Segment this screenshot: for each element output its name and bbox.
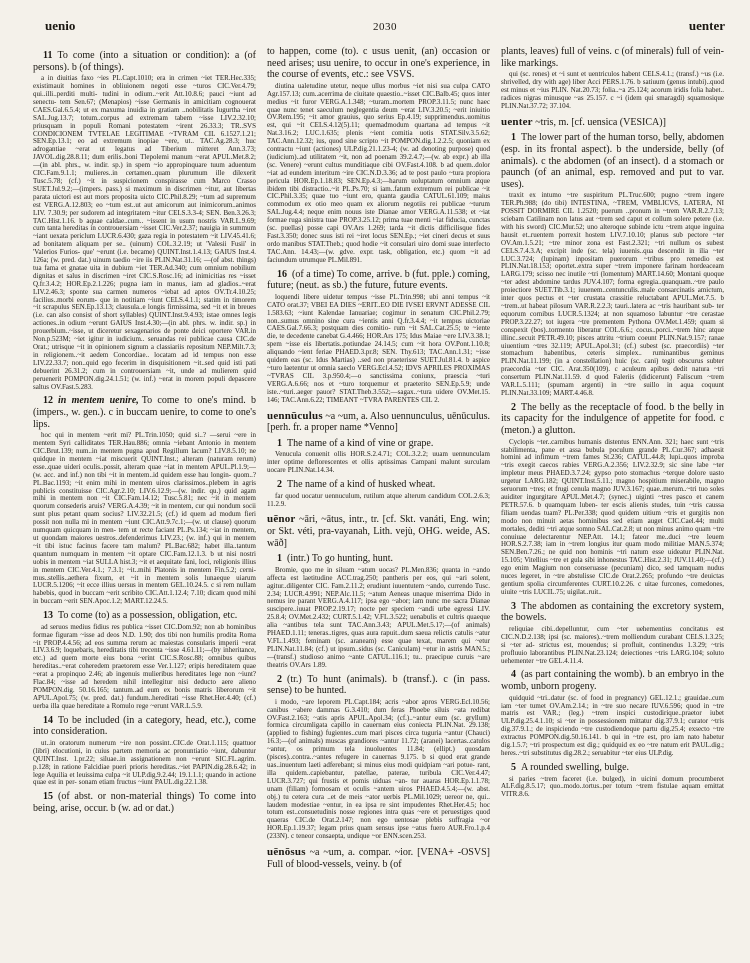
sense-definition: To be included (in a category, head, etc… xyxy=(33,715,256,738)
dictionary-page: uenio 2030 uenter 11To come (into a situ… xyxy=(0,0,750,963)
sense-number: 2 xyxy=(277,674,282,685)
sense-definition: To come (into a situation or condition):… xyxy=(33,50,256,73)
entry-headword: uēnōsus xyxy=(267,846,306,858)
uennuculus-sense-2-heading: 2The name of a kind of husked wheat. xyxy=(267,479,490,491)
sense-number: 2 xyxy=(511,402,516,413)
uenor-sense-2-citations: i modo, ~are leporem PL.Capt.184; acris … xyxy=(267,699,490,841)
uenter-sense-5-heading: 5A rounded swelling, bulge. xyxy=(501,762,724,774)
sense-15-heading: 15(of abst. or non-material things) To c… xyxy=(33,791,256,814)
sense-11-citations: a in diuitias faxo ~ies PL.Capt.1010; er… xyxy=(33,75,256,391)
entry-headword: uennūculus xyxy=(267,410,323,422)
column-left: 11To come (into a situation or condition… xyxy=(33,46,256,954)
sense-definition: To come (to) as a possession, obligation… xyxy=(58,610,237,621)
sense-definition: The lower part of the human torso, belly… xyxy=(501,132,724,189)
sense-14-heading: 14To be included (in a category, head, e… xyxy=(33,715,256,738)
sense-definition: (of a time) To come, arrive. b (fut. ppl… xyxy=(267,269,490,292)
entry-uenosus: uēnōsus ~a ~um, a. compar. ~ior. [VENA+ … xyxy=(267,847,490,870)
page-number: 2030 xyxy=(272,21,499,33)
sense-14-citations: ut..in oratorum numerum ~ire non possint… xyxy=(33,740,256,787)
sense-16-heading: 16(of a time) To come, arrive. b (fut. p… xyxy=(267,269,490,292)
sense-12-citations: hoc qui in mentem ~erit mi? PL.Trin.1050… xyxy=(33,432,256,606)
sense-number: 3 xyxy=(511,601,516,612)
uenter-sense-3-citations: reliquiae cibi..depelluntur, cum ~ter ue… xyxy=(501,626,724,666)
sense-definition: (as part containing the womb). b an embr… xyxy=(501,669,724,692)
uennuculus-sense-2-citations: far quod uocatur uennuculum, rutilum atq… xyxy=(267,493,490,509)
uenter-sense-2-heading: 2The belly as the receptacle of food. b … xyxy=(501,402,724,437)
uenor-sense-1-citations: Bromie, quo me in siluam ~atum uocas? PL… xyxy=(267,567,490,670)
entry-uennuculus: uennūculus ~a ~um, a. Also uennunculus, … xyxy=(267,411,490,434)
text-columns: 11To come (into a situation or condition… xyxy=(33,46,724,954)
sense-number: 14 xyxy=(43,715,53,726)
uenter-sense-3-heading: 3The abdomen as containing the excretory… xyxy=(501,601,724,624)
sense-definition: (tr.) To hunt (animals). b (transf.). c … xyxy=(267,674,490,697)
sense-12-heading: 12in mentem uenire,To come to one's mind… xyxy=(33,395,256,430)
sense-number: 5 xyxy=(511,762,516,773)
sense-11-heading: 11To come (into a situation or condition… xyxy=(33,50,256,73)
sense-number: 1 xyxy=(277,553,282,564)
uennuculus-sense-1-citations: Venucula conuenit ollis HOR.S.2.4.71; CO… xyxy=(267,451,490,475)
sense-number: 1 xyxy=(511,132,516,143)
sense-number: 16 xyxy=(277,269,287,280)
sense-13-citations: ad seruos medius fidius res publica ~iss… xyxy=(33,624,256,711)
uenter-sense-1-citations: traxit ex intumo ~tre suspiritum PL.Truc… xyxy=(501,192,724,398)
uenter-sense-4-heading: 4(as part containing the womb). b an emb… xyxy=(501,669,724,692)
sense-number: 1 xyxy=(277,438,282,449)
running-head-left: uenio xyxy=(33,18,272,34)
sense-15-citations: diutina ualetudine utetur, neque ullus m… xyxy=(267,83,490,265)
uennuculus-sense-1-heading: 1The name of a kind of vine or grape. xyxy=(267,438,490,450)
sense-definition: The belly as the receptacle of food. b t… xyxy=(501,402,724,436)
sense-definition: The name of a kind of vine or grape. xyxy=(287,438,433,449)
running-header: uenio 2030 uenter xyxy=(33,18,725,34)
sense-number: 11 xyxy=(43,50,52,61)
column-middle: to happen, come (to). c usus uenit, (an)… xyxy=(267,46,490,954)
uenor-sense-2-heading: 2(tr.) To hunt (animals). b (transf.). c… xyxy=(267,674,490,697)
uenosus-definition-continued: plants, leaves) full of veins. c (of min… xyxy=(501,46,724,69)
uenter-sense-2-citations: Cyclopis ~ter..carnibus humanis distentu… xyxy=(501,439,724,597)
sense-number: 12 xyxy=(43,395,53,406)
sense-number: 15 xyxy=(43,791,53,802)
sense-definition: A rounded swelling, bulge. xyxy=(521,762,629,773)
entry-grammar: ~āri, ~ātus, intr., tr. [cf. Skt. vanáti… xyxy=(267,514,490,548)
sense-16-citations: loquendi libere uidetur tempus ~isse PL.… xyxy=(267,294,490,405)
sense-15-heading-continued: to happen, come (to). c usus uenit, (an)… xyxy=(267,46,490,81)
entry-uenter: uenter ~tris, m. [cf. uensica (VESICA)] xyxy=(501,117,724,129)
sense-definition: (intr.) To go hunting, hunt. xyxy=(287,553,393,564)
entry-uenor: uēnor ~āri, ~ātus, intr., tr. [cf. Skt. … xyxy=(267,514,490,549)
sense-definition: The abdomen as containing the excretory … xyxy=(501,601,724,624)
sense-number: 2 xyxy=(277,479,282,490)
uenor-sense-1-heading: 1(intr.) To go hunting, hunt. xyxy=(267,553,490,565)
uenter-sense-4-citations: quidquid ~tri..datur (sc. of food in pre… xyxy=(501,695,724,758)
uenosus-citations: qui (sc. renes) et ~i sunt et uentriculo… xyxy=(501,71,724,111)
entry-grammar: ~tris, m. [cf. uensica (VESICA)] xyxy=(533,117,666,128)
entry-headword: uēnor xyxy=(267,513,296,525)
uenter-sense-5-citations: si paries ~trem faceret (i.e. bulged), i… xyxy=(501,776,724,800)
running-head-right: uenter xyxy=(498,18,725,34)
uenter-sense-1-heading: 1The lower part of the human torso, bell… xyxy=(501,132,724,190)
sense-definition: (of abst. or non-material things) To com… xyxy=(33,791,256,814)
sense-definition: The name of a kind of husked wheat. xyxy=(287,479,435,490)
sense-number: 4 xyxy=(511,669,516,680)
sense-13-heading: 13To come (to) as a possession, obligati… xyxy=(33,610,256,622)
sense-lemma: in mentem uenire, xyxy=(58,395,139,406)
entry-headword: uenter xyxy=(501,116,533,128)
column-right: plants, leaves) full of veins. c (of min… xyxy=(501,46,724,954)
sense-number: 13 xyxy=(43,610,53,621)
